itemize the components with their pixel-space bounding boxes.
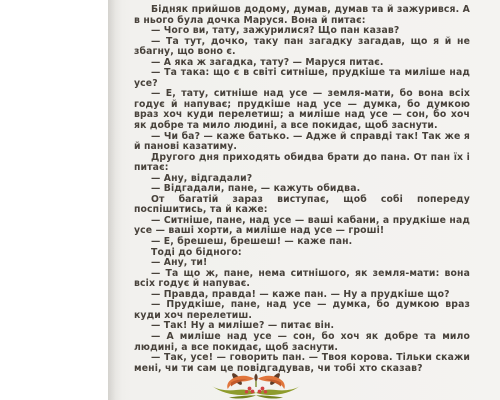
folk-flower-ornament (204, 372, 308, 400)
story-paragraph: — Та така: що є в світі ситніше, прудкіш… (134, 68, 470, 89)
story-paragraph: От багатій зараз виступає, щоб собі попе… (134, 195, 470, 216)
story-paragraph: Другого дня приходять обидва брати до па… (134, 153, 470, 174)
page-text: Бідняк прийшов додому, думав, думав та й… (134, 5, 470, 374)
story-paragraph: — Чи ба? — каже батько. — Адже й справді… (134, 132, 470, 153)
story-paragraph: — Так, усе! — говорить пан. — Твоя коров… (134, 353, 470, 374)
ornament-center-stem (255, 381, 256, 387)
ornament-left-half (212, 372, 256, 399)
story-paragraph: — Та що ж, пане, нема ситнішого, як земл… (134, 269, 470, 290)
book-photo: Бідняк прийшов додому, думав, думав та й… (0, 0, 500, 400)
story-paragraph: — Та тут, дочко, таку пан загадку загада… (134, 37, 470, 58)
story-paragraph: — А миліше над усе — сон, бо хоч як добр… (134, 332, 470, 353)
story-paragraph: — Ситніше, пане, над усе — ваші кабани, … (134, 216, 470, 237)
story-paragraph: — Е, брешеш, брешеш! — каже пан. (134, 237, 470, 248)
page-edge-shadow (108, 0, 122, 400)
story-page: Бідняк прийшов додому, думав, думав та й… (108, 0, 500, 400)
story-paragraph: — Прудкіше, пане, над усе — думка, бо ду… (134, 300, 470, 321)
story-paragraph: — Е, тату, ситніше над усе — земля-мати,… (134, 89, 470, 131)
story-paragraph: Бідняк прийшов додому, думав, думав та й… (134, 5, 470, 26)
ornament-right-half (256, 372, 300, 399)
ornament-center-bud (254, 374, 257, 382)
